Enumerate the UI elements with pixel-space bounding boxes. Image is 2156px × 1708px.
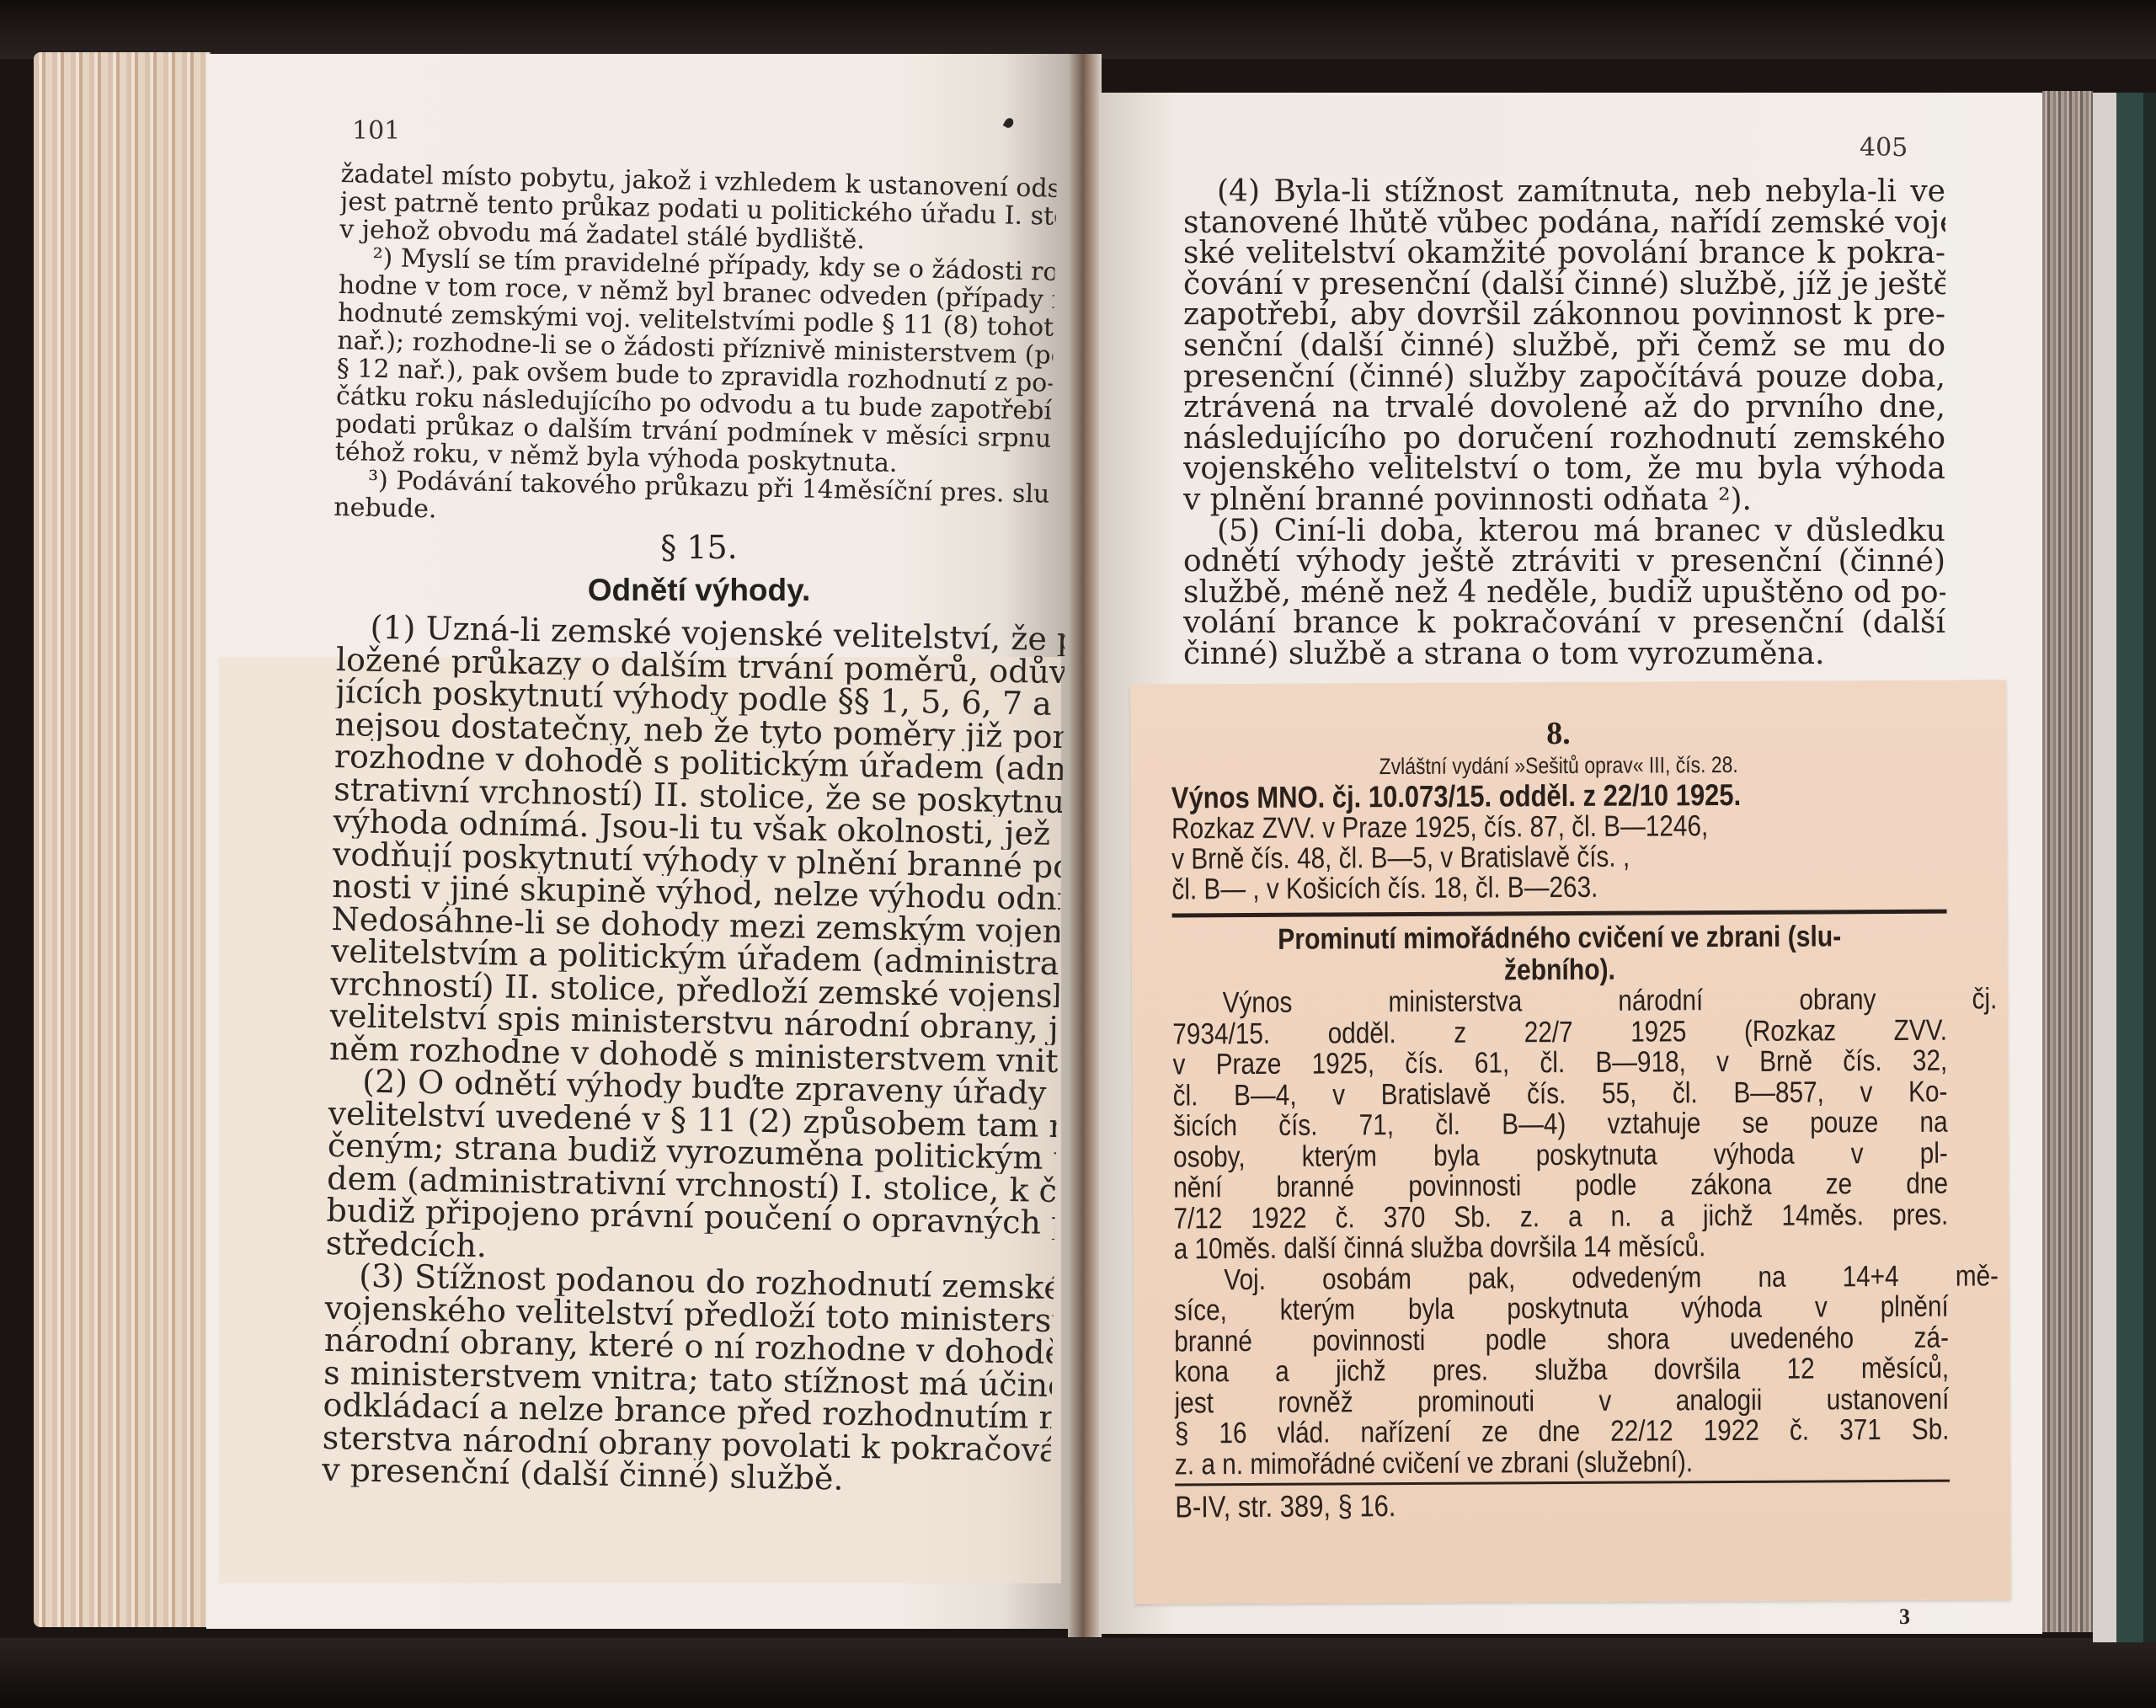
clip-line: § 16 vlád. nařízení ze dne 22/12 1922 č.… xyxy=(1175,1415,1950,1449)
body-line: ztrávená na trvalé dovolené až do prvníh… xyxy=(1183,392,1945,424)
body-line: volání brance k pokračování v presenční … xyxy=(1183,608,1945,639)
book-gutter xyxy=(1068,54,1102,1637)
body-line: (5) Činí-li doba, kterou má branec v důs… xyxy=(1183,516,1945,547)
order-line: Rozkaz ZVV. v Praze 1925, čís. 87, čl. B… xyxy=(1171,810,1945,845)
clip-line: 7/12 1922 č. 370 Sb. z. a n. a jichž 14m… xyxy=(1173,1199,1948,1234)
clip-line: a 10měs. další činná služba dovršila 14 … xyxy=(1174,1230,1949,1265)
book-cover-edge xyxy=(2093,93,2156,1642)
pasted-clipping: 8. Zvláštní vydání »Sešitů oprav« III, č… xyxy=(1130,680,2011,1604)
body-line: vojenského velitelství o tom, že mu byla… xyxy=(1183,454,1945,485)
clipping-edition: Zvláštní vydání »Sešitů oprav« III, čís.… xyxy=(1230,750,1888,782)
body-line: (4) Byla-li stížnost zamítnuta, neb neby… xyxy=(1183,177,1945,208)
clip-line: čl. B—4, v Bratislavě čís. 55, čl. B—857… xyxy=(1173,1076,1948,1111)
book-page-edges-right xyxy=(2042,91,2093,1632)
left-body-text: (1) Uzná-li zemské vojenské velitelství,… xyxy=(322,611,1065,1498)
clip-line: jest rovněž prominouti v analogii ustano… xyxy=(1175,1384,1950,1418)
clip-line: 7934/15. odděl. z 22/7 1925 (Rozkaz ZVV. xyxy=(1172,1015,1947,1049)
book-page-edges-left xyxy=(34,52,211,1627)
left-page-number: 101 xyxy=(352,116,400,146)
clip-line: branné povinnosti podle shora uvedeného … xyxy=(1174,1322,1949,1357)
divider xyxy=(1175,1480,1950,1486)
clipping-heading: Prominutí mimořádného cvičení ve zbrani … xyxy=(1172,921,1947,989)
scanner-background-top xyxy=(0,0,2156,59)
sheet-number: 3 xyxy=(1899,1604,1910,1630)
heading-line: žebního). xyxy=(1226,953,1892,988)
clipping-reference: B-IV, str. 389, § 16. xyxy=(1175,1487,1841,1523)
right-body-text: (4) Byla-li stížnost zamítnuta, neb neby… xyxy=(1183,177,1945,670)
section-number: § 15. xyxy=(337,529,1061,566)
left-footnotes: žadatel místo pobytu, jakož i vzhledem k… xyxy=(334,160,1057,536)
body-line: ské velitelství okamžité povolání brance… xyxy=(1183,238,1945,270)
heading-line: Prominutí mimořádného cvičení ve zbrani … xyxy=(1226,921,1892,956)
order-line: čl. B— , v Košicích čís. 18, čl. B—263. xyxy=(1171,871,1945,905)
body-line: následujícího po doručení rozhodnutí zem… xyxy=(1183,424,1945,455)
section-title: Odnětí výhody. xyxy=(337,573,1061,608)
clipping-order-refs: Rozkaz ZVV. v Praze 1925, čís. 87, čl. B… xyxy=(1171,810,1947,905)
body-line: presenční (činné) služby započítává pouz… xyxy=(1183,362,1945,393)
clip-line: v Praze 1925, čís. 61, čl. B—918, v Brně… xyxy=(1172,1046,1947,1081)
clipping-number: 8. xyxy=(1171,714,1945,754)
body-line: stanovené lhůtě vůbec podána, nařídí zem… xyxy=(1183,208,1945,239)
clip-line: z. a n. mimořádné cvičení ve zbrani (slu… xyxy=(1175,1445,1950,1480)
body-line: činné) službě a strana o tom vyrozuměna. xyxy=(1183,639,1945,670)
body-line: službě, méně než 4 neděle, budiž upuštěn… xyxy=(1183,578,1945,609)
clip-line: osoby, kterým byla poskytnuta výhoda v p… xyxy=(1173,1138,1948,1172)
body-line: odnětí výhody ještě ztráviti v presenční… xyxy=(1183,547,1945,578)
clip-line: síce, kterým byla poskytnuta výhoda v pl… xyxy=(1174,1292,1949,1326)
clip-line: Výnos ministerstva národní obrany čj. xyxy=(1172,984,1997,1019)
clip-line: kona a jichž pres. služba dovršila 12 mě… xyxy=(1174,1353,1949,1388)
clip-line: šicích čís. 71, čl. B—4) vztahuje se pou… xyxy=(1173,1108,1948,1142)
clip-line: Voj. osobám pak, odvedeným na 14+4 mě- xyxy=(1174,1261,1999,1296)
body-line: čování v presenční (další činné) službě,… xyxy=(1183,270,1945,301)
clipping-body: Výnos ministerstva národní obrany čj. 79… xyxy=(1172,985,1950,1481)
right-page-number: 405 xyxy=(1860,133,1908,163)
clip-line: nění branné povinnosti podle zákona ze d… xyxy=(1173,1169,1948,1204)
body-line: senční (další činné) službě, při čemž se… xyxy=(1183,331,1945,362)
scanner-background-bottom xyxy=(0,1638,2156,1708)
divider xyxy=(1172,910,1947,918)
clipping-decree: Výnos MNO. čj. 10.073/15. odděl. z 22/10… xyxy=(1171,778,1946,814)
body-line: v plnění branné povinnosti odňata ²). xyxy=(1183,485,1945,516)
body-line: zapotřebí, aby dovršil zákonnou povinnos… xyxy=(1183,300,1945,331)
order-line: v Brně čís. 48, čl. B—5, v Bratislavě čí… xyxy=(1171,841,1945,875)
